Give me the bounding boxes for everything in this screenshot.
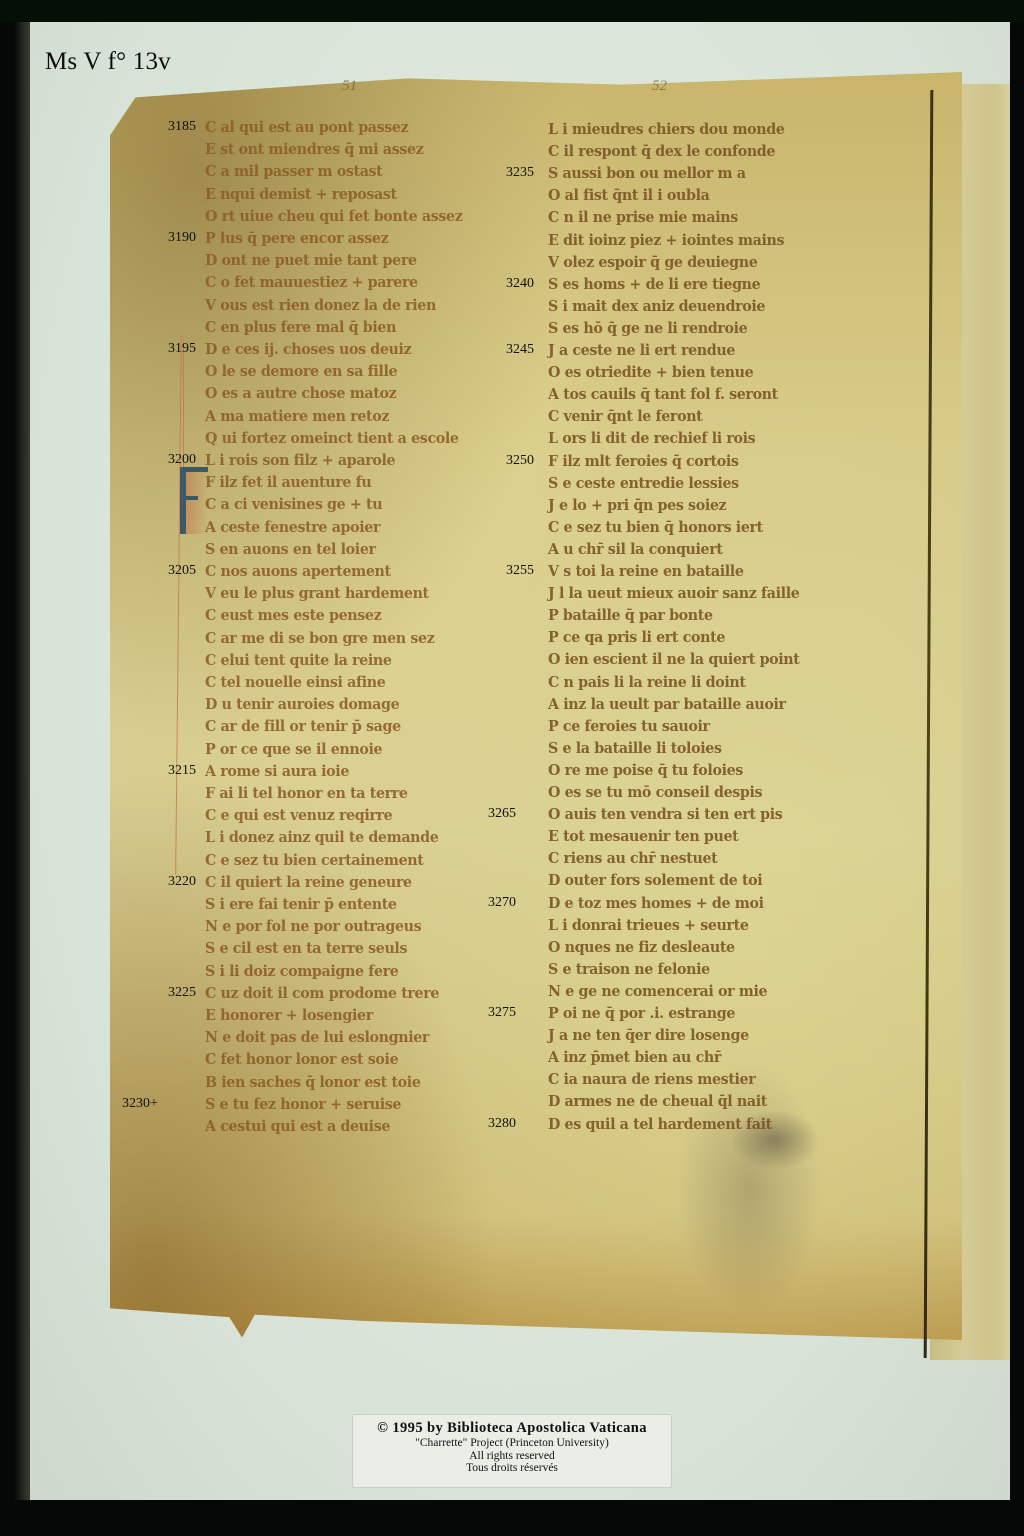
verse-line-number: 3270 [488, 895, 516, 911]
manuscript-line: A inz p̄met bien au chr̄ [548, 1048, 721, 1066]
manuscript-line: S e la bataille li toloies [548, 739, 722, 757]
manuscript-line: F ai li tel honor en ta terre [205, 784, 408, 802]
frame-right-border [1010, 22, 1024, 1536]
manuscript-line: D u tenir auroies domage [205, 695, 399, 713]
manuscript-line: E dit ioinz piez + iointes mains [548, 231, 784, 249]
manuscript-line: C e qui est venuz reqirre [205, 806, 392, 824]
manuscript-line: A u chr̄ sil la conquiert [548, 540, 723, 558]
manuscript-line: V eu le plus grant hardement [205, 584, 429, 602]
manuscript-line: S e cil est en ta terre seuls [205, 939, 407, 957]
frame-top-border [0, 0, 1024, 22]
manuscript-line: J l la ueut mieux auoir sanz faille [548, 584, 799, 602]
manuscript-line: B ien saches q̄ lonor est toie [205, 1073, 421, 1091]
manuscript-line: O al fist q̄nt il i oubla [548, 186, 709, 204]
manuscript-line: E nqui demist + reposast [205, 185, 397, 203]
manuscript-line: S i ere fai tenir p̄ entente [205, 895, 397, 913]
manuscript-line: C e sez tu bien certainement [205, 851, 424, 869]
decorated-initial-F [180, 467, 208, 534]
manuscript-line: D e toz mes homes + de moi [548, 894, 764, 912]
manuscript-line: S e ceste entredie lessies [548, 474, 739, 492]
manuscript-line: A ma matiere men retoz [205, 407, 389, 425]
manuscript-line: C al qui est au pont passez [205, 118, 408, 136]
manuscript-line: S e traison ne felonie [548, 960, 710, 978]
manuscript-line: C il quiert la reine geneure [205, 873, 412, 891]
manuscript-line: A rome si aura ioie [205, 762, 349, 780]
manuscript-line: J e lo + pri q̄n pes soiez [548, 496, 726, 514]
manuscript-line: C n il ne prise mie mains [548, 208, 738, 226]
manuscript-line: D armes ne de cheual q̄l nait [548, 1092, 767, 1110]
manuscript-line: O ien escient il ne la quiert point [548, 650, 799, 668]
manuscript-line: C en plus fere mal q̄ bien [205, 318, 396, 336]
manuscript-line: C n pais li la reine li doint [548, 673, 746, 691]
folio-label: Ms V f° 13v [45, 48, 171, 76]
manuscript-line: E st ont miendres q̄ mi assez [205, 140, 423, 158]
manuscript-line: C o fet mauuestiez + parere [205, 273, 418, 291]
manuscript-line: A inz la ueult par bataille auoir [548, 695, 786, 713]
verse-line-number: 3255 [506, 563, 534, 579]
manuscript-line: P lus q̄ pere encor assez [205, 229, 388, 247]
manuscript-line: O es otriedite + bien tenue [548, 363, 753, 381]
manuscript-line: L ors li dit de rechief li rois [548, 429, 755, 447]
manuscript-line: C fet honor lonor est soie [205, 1050, 398, 1068]
verse-line-number: 3250 [506, 453, 534, 469]
manuscript-line: N e doit pas de lui eslongnier [205, 1028, 429, 1046]
copyright-label: © 1995 by Biblioteca Apostolica Vaticana… [352, 1414, 672, 1488]
manuscript-line: P ce qa pris li ert conte [548, 628, 725, 646]
manuscript-line: C uz doit il com prodome trere [205, 984, 439, 1002]
manuscript-line: S i mait dex aniz deuendroie [548, 297, 765, 315]
manuscript-line: J a ne ten q̄er dire losenge [548, 1026, 749, 1044]
manuscript-line: L i rois son filz + aparole [205, 451, 395, 469]
manuscript-line: S es hō q̄ ge ne li rendroie [548, 319, 747, 337]
folio-number-left: 51 [342, 78, 357, 95]
manuscript-line: C ia naura de riens mestier [548, 1070, 755, 1088]
verse-line-number: 3275 [488, 1005, 516, 1021]
manuscript-line: D outer fors solement de toi [548, 871, 762, 889]
manuscript-line: C ar de fill or tenir p̄ sage [205, 717, 401, 735]
manuscript-line: L i donrai trieues + seurte [548, 916, 749, 934]
manuscript-line: S es homs + de li ere tiegne [548, 275, 760, 293]
manuscript-line: C il respont q̄ dex le confonde [548, 142, 775, 160]
manuscript-line: A cestui qui est a deuise [205, 1117, 390, 1135]
manuscript-line: C riens au chr̄ nestuet [548, 849, 717, 867]
manuscript-line: S i li doiz compaigne fere [205, 962, 398, 980]
manuscript-line: J a ceste ne li ert rendue [548, 341, 735, 359]
manuscript-line: C eust mes este pensez [205, 606, 381, 624]
project-credit: "Charrette" Project (Princeton Universit… [353, 1437, 671, 1450]
manuscript-line: S en auons en tel loier [205, 540, 376, 558]
manuscript-line: D e ces ij. choses uos deuiz [205, 340, 411, 358]
verse-line-number: 3265 [488, 806, 516, 822]
verse-line-number: 3195 [168, 341, 196, 357]
manuscript-line: C tel nouelle einsi afine [205, 673, 385, 691]
manuscript-line: O re me poise q̄ tu foloies [548, 761, 743, 779]
manuscript-line: A tos cauils q̄ tant fol f. seront [548, 385, 778, 403]
manuscript-line: S aussi bon ou mellor m a [548, 164, 746, 182]
manuscript-line: V ous est rien donez la de rien [205, 296, 436, 314]
manuscript-line: O es se tu mō conseil despis [548, 783, 762, 801]
verse-line-number: 3235 [506, 165, 534, 181]
verse-line-number: 3200 [168, 452, 196, 468]
manuscript-line: C ar me di se bon gre men sez [205, 629, 434, 647]
manuscript-line: D ont ne puet mie tant pere [205, 251, 417, 269]
copyright-holder: © 1995 by Biblioteca Apostolica Vaticana [353, 1420, 671, 1437]
manuscript-line: V s toi la reine en bataille [548, 562, 744, 580]
verse-line-number: 3225 [168, 985, 196, 1001]
verse-line-number: 3245 [506, 342, 534, 358]
manuscript-line: C a mil passer m ostast [205, 162, 382, 180]
verse-line-number: 3230+ [122, 1096, 158, 1112]
manuscript-line: D es quil a tel hardement fait [548, 1115, 772, 1133]
verse-line-number: 3220 [168, 874, 196, 890]
folio-number-right: 52 [652, 78, 667, 95]
manuscript-line: F ilz fet il auenture fu [205, 473, 371, 491]
manuscript-line: L i donez ainz quil te demande [205, 828, 438, 846]
manuscript-line: C e sez tu bien q̄ honors iert [548, 518, 763, 536]
manuscript-line: C nos auons apertement [205, 562, 391, 580]
manuscript-line: O auis ten vendra si ten ert pis [548, 805, 782, 823]
manuscript-line: P or ce que se il ennoie [205, 740, 382, 758]
verse-line-number: 3185 [168, 119, 196, 135]
verse-line-number: 3190 [168, 230, 196, 246]
manuscript-line: C venir q̄nt le feront [548, 407, 702, 425]
manuscript-line: P ce feroies tu sauoir [548, 717, 710, 735]
manuscript-line: A ceste fenestre apoier [205, 518, 380, 536]
manuscript-line: N e ge ne comencerai or mie [548, 982, 767, 1000]
verse-line-number: 3205 [168, 563, 196, 579]
manuscript-line: Q ui fortez omeinct tient a escole [205, 429, 459, 447]
rights-en: All rights reserved [353, 1450, 671, 1463]
manuscript-line: N e por fol ne por outrageus [205, 917, 421, 935]
manuscript-line: E tot mesauenir ten puet [548, 827, 738, 845]
manuscript-line: L i mieudres chiers dou monde [548, 120, 785, 138]
manuscript-line: O le se demore en sa fille [205, 362, 397, 380]
manuscript-line: C elui tent quite la reine [205, 651, 392, 669]
verse-line-number: 3215 [168, 763, 196, 779]
verse-line-number: 3240 [506, 276, 534, 292]
manuscript-line: F ilz mlt feroies q̄ cortois [548, 452, 739, 470]
manuscript-line: E honorer + losengier [205, 1006, 373, 1024]
manuscript-line: S e tu fez honor + seruise [205, 1095, 401, 1113]
manuscript-line: C a ci venisines ge + tu [205, 495, 382, 513]
manuscript-line: O es a autre chose matoz [205, 384, 396, 402]
manuscript-line: P bataille q̄ par bonte [548, 606, 713, 624]
manuscript-line: P oi ne q̄ por .i. estrange [548, 1004, 735, 1022]
manuscript-line: O nques ne fiz desleaute [548, 938, 735, 956]
frame-bottom-border [14, 1500, 1024, 1536]
manuscript-line: O rt uiue cheu qui fet bonte assez [205, 207, 462, 225]
rights-fr: Tous droits réservés [353, 1462, 671, 1475]
verse-line-number: 3280 [488, 1116, 516, 1132]
manuscript-line: V olez espoir q̄ ge deuiegne [548, 253, 757, 271]
